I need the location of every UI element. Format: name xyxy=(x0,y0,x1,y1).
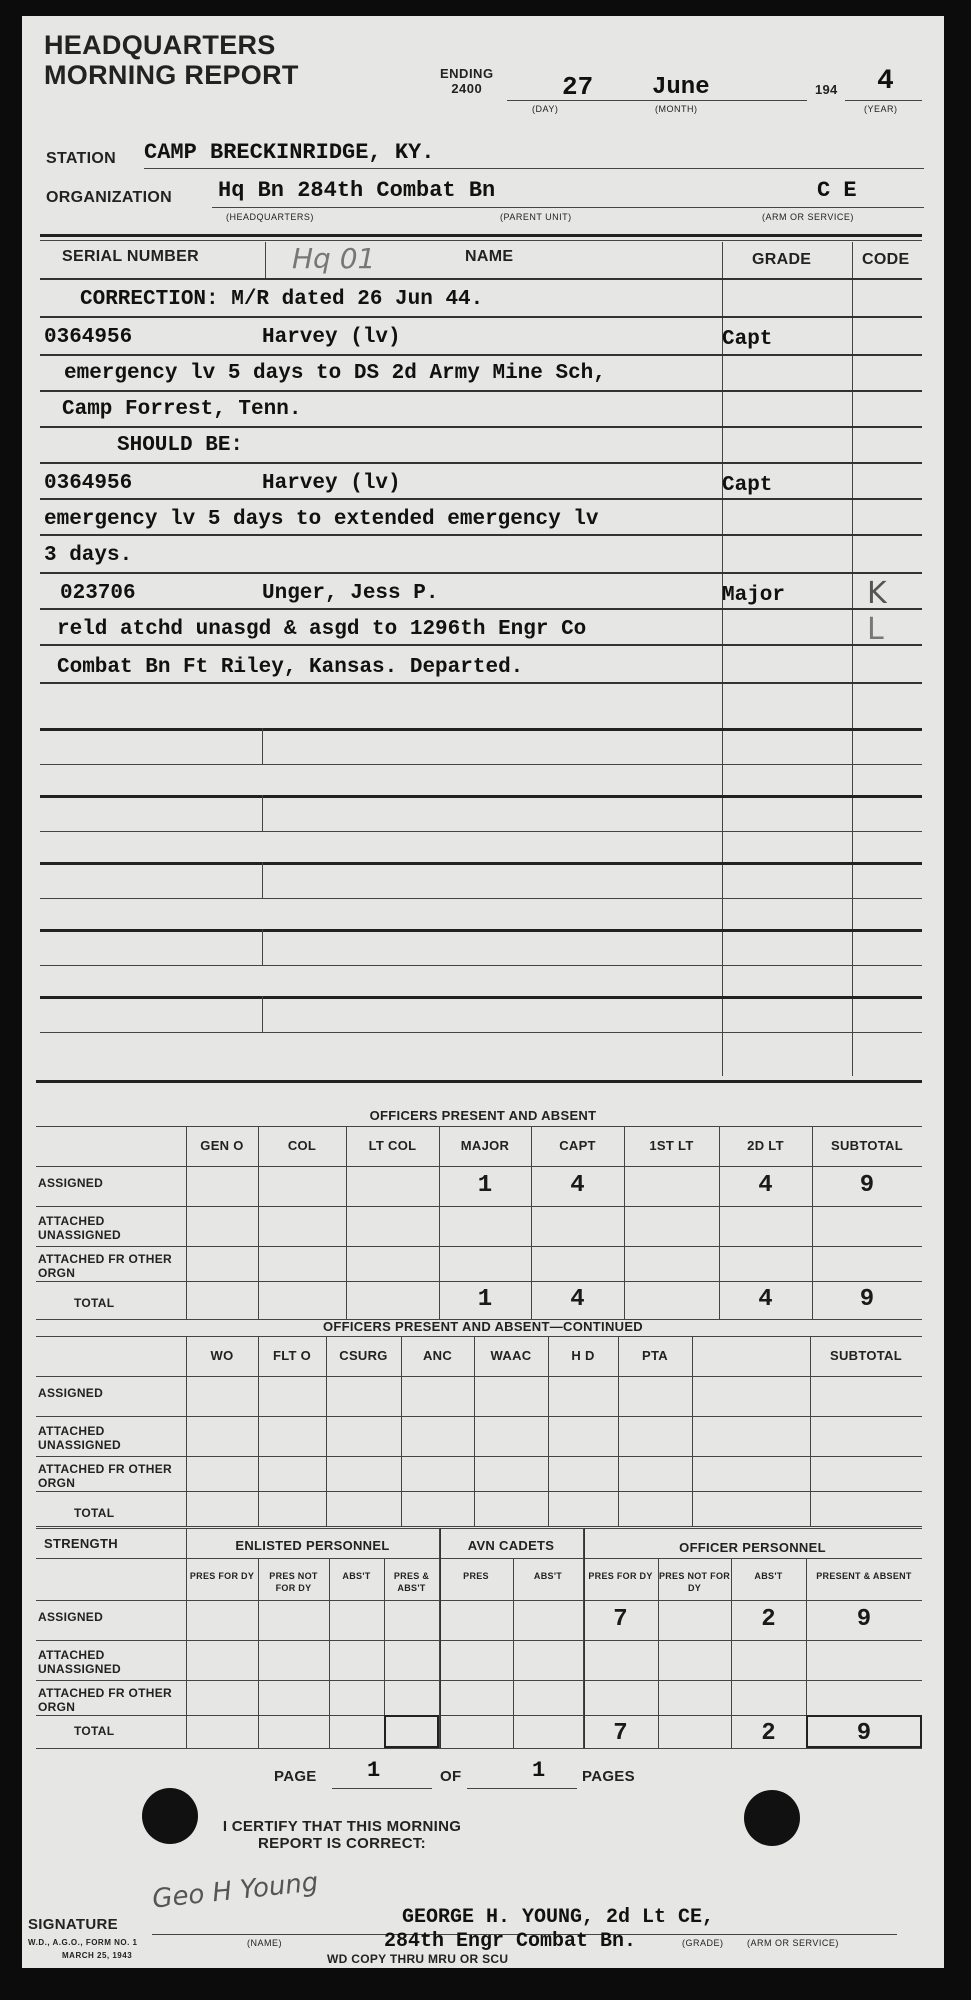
subcolumn-header: PRES xyxy=(439,1570,513,1582)
roster-col-divider xyxy=(262,862,263,898)
table-cell: 2 xyxy=(731,1720,806,1747)
table-rule xyxy=(36,1600,922,1601)
organization-underline xyxy=(212,207,924,208)
page-underline xyxy=(332,1788,432,1789)
roster-top-border-2 xyxy=(40,240,922,241)
arm-caption: (ARM OR SERVICE) xyxy=(762,212,854,222)
roster-line: SHOULD BE: xyxy=(117,434,243,457)
column-header: FLT O xyxy=(258,1348,326,1363)
table-rule xyxy=(36,1528,922,1529)
row-label: ATTACHED UNASSIGNED xyxy=(38,1424,178,1452)
certify-line-1: I CERTIFY THAT THIS MORNING xyxy=(22,1818,662,1835)
officers-top-border xyxy=(36,1080,922,1083)
total-pages: 1 xyxy=(532,1758,545,1783)
subcolumn-header: PRES & ABS'T xyxy=(384,1570,439,1594)
col-divider xyxy=(258,1336,259,1526)
table-rule xyxy=(36,1640,922,1641)
roster-rule xyxy=(40,498,922,500)
serial-header: SERIAL NUMBER xyxy=(62,248,199,266)
officer-grade: Capt xyxy=(722,328,772,351)
roster-top-border xyxy=(40,234,922,237)
column-header: COL xyxy=(258,1138,346,1153)
year-underline xyxy=(845,100,922,101)
grade-col-divider xyxy=(722,242,723,1076)
table-rule xyxy=(36,1416,922,1417)
officer-name: Harvey (lv) xyxy=(262,326,401,349)
organization-value: Hq Bn 284th Combat Bn xyxy=(218,178,495,203)
officers-continued-table: WOFLT OCSURGANCWAACH DPTASUBTOTALASSIGNE… xyxy=(36,1336,922,1526)
col-divider xyxy=(513,1558,514,1748)
organization-label: ORGANIZATION xyxy=(46,189,172,207)
officer-grade: Capt xyxy=(722,474,772,497)
roster-col-divider xyxy=(262,795,263,831)
roster-rule xyxy=(40,644,922,646)
code-header: CODE xyxy=(862,251,909,269)
roster-rule xyxy=(40,426,922,428)
table-rule xyxy=(36,1748,922,1749)
day-caption: (DAY) xyxy=(532,104,558,114)
certification: I CERTIFY THAT THIS MORNING REPORT IS CO… xyxy=(22,1818,662,1852)
col-divider xyxy=(692,1336,693,1526)
officer-group-header: OFFICER PERSONNEL xyxy=(583,1540,922,1555)
page-label: PAGE xyxy=(274,1768,317,1785)
serial-number: 023706 xyxy=(60,582,136,605)
strength-table: STRENGTHENLISTED PERSONNELAVN CADETSOFFI… xyxy=(36,1528,922,1748)
table-cell: 9 xyxy=(812,1172,922,1199)
roster-rule xyxy=(40,898,922,899)
parent-caption: (PARENT UNIT) xyxy=(500,212,572,222)
serial-number: 0364956 xyxy=(44,326,132,349)
subcolumn-header: PRES FOR DY xyxy=(583,1570,658,1582)
row-label: ATTACHED FR OTHER ORGN xyxy=(38,1252,178,1280)
column-header: WO xyxy=(186,1348,258,1363)
column-header: SUBTOTAL xyxy=(812,1138,922,1153)
handwritten-note: Hq 01 xyxy=(292,242,375,275)
arm-value: C E xyxy=(817,178,857,203)
name-caption: (NAME) xyxy=(247,1938,282,1948)
month-value: June xyxy=(652,74,710,101)
month-caption: (MONTH) xyxy=(655,104,698,114)
ending-text: ENDING xyxy=(440,66,494,81)
morning-report-form: HEADQUARTERS MORNING REPORT ENDING 2400 … xyxy=(22,16,944,1968)
roster-rule xyxy=(40,728,922,731)
table-cell: 2 xyxy=(731,1606,806,1633)
year-value: 4 xyxy=(877,66,894,97)
table-cell: 7 xyxy=(583,1720,658,1747)
column-header: CSURG xyxy=(326,1348,401,1363)
subcolumn-header: PRESENT & ABSENT xyxy=(806,1570,922,1582)
title-line-2: MORNING REPORT xyxy=(44,60,299,90)
row-label: TOTAL xyxy=(38,1290,214,1310)
enlisted-group-header: ENLISTED PERSONNEL xyxy=(186,1538,439,1553)
roster-line: Combat Bn Ft Riley, Kansas. Departed. xyxy=(57,656,523,679)
grade-caption: (GRADE) xyxy=(682,1938,724,1948)
column-header: MAJOR xyxy=(439,1138,531,1153)
column-header: 1ST LT xyxy=(624,1138,719,1153)
certify-line-2: REPORT IS CORRECT: xyxy=(22,1835,662,1852)
grade-header: GRADE xyxy=(752,251,811,269)
subcolumn-header: ABS'T xyxy=(513,1570,583,1582)
year-caption: (YEAR) xyxy=(864,104,898,114)
table-rule xyxy=(36,1166,922,1167)
subcolumn-header: ABS'T xyxy=(329,1570,384,1582)
row-label: TOTAL xyxy=(38,1724,214,1738)
table-cell: 4 xyxy=(531,1172,624,1199)
strength-label: STRENGTH xyxy=(44,1536,118,1551)
table-rule xyxy=(36,1456,922,1457)
roster-rule xyxy=(40,965,922,966)
arm-caption-footer: (ARM OR SERVICE) xyxy=(747,1938,839,1948)
form-date: MARCH 25, 1943 xyxy=(62,1951,132,1960)
column-header: CAPT xyxy=(531,1138,624,1153)
column-header: ANC xyxy=(401,1348,474,1363)
roster-col-divider xyxy=(262,728,263,764)
col-divider xyxy=(548,1336,549,1526)
officers-table: GEN OCOLLT COLMAJORCAPT1ST LT2D LTSUBTOT… xyxy=(36,1126,922,1319)
col-divider xyxy=(624,1126,625,1319)
table-rule xyxy=(36,1126,922,1127)
year-prefix: 194 xyxy=(815,82,838,97)
row-label: ASSIGNED xyxy=(38,1386,178,1400)
roster-rule xyxy=(40,929,922,932)
roster-rule xyxy=(40,572,922,574)
table-rule xyxy=(36,1491,922,1492)
row-label: ATTACHED FR OTHER ORGN xyxy=(38,1462,178,1490)
column-header: GEN O xyxy=(186,1138,258,1153)
form-number: W.D., A.G.O., FORM NO. 1 xyxy=(28,1938,137,1947)
col-divider xyxy=(326,1336,327,1526)
col-divider xyxy=(186,1528,187,1748)
roster-line: emergency lv 5 days to DS 2d Army Mine S… xyxy=(64,362,606,385)
table-rule xyxy=(36,1246,922,1247)
roster-rule xyxy=(40,682,922,684)
total-box-enlisted xyxy=(384,1715,439,1748)
row-label: ATTACHED UNASSIGNED xyxy=(38,1648,178,1676)
subcolumn-header: PRES FOR DY xyxy=(186,1570,258,1582)
column-header: 2D LT xyxy=(719,1138,812,1153)
column-header: SUBTOTAL xyxy=(810,1348,922,1363)
roster-rule xyxy=(40,795,922,798)
officer-name: Unger, Jess P. xyxy=(262,582,438,605)
table-cell: 4 xyxy=(719,1172,812,1199)
roster-rule xyxy=(40,316,922,318)
signer-name: GEORGE H. YOUNG, 2d Lt CE, xyxy=(402,1906,714,1929)
roster-rule xyxy=(40,390,922,392)
officer-grade: Major xyxy=(722,584,785,607)
signer-unit: 284th Engr Combat Bn. xyxy=(384,1930,636,1953)
page-number: 1 xyxy=(367,1758,380,1783)
col-divider xyxy=(439,1528,440,1748)
table-rule xyxy=(36,1558,922,1559)
table-cell: 7 xyxy=(583,1606,658,1633)
punch-hole-right xyxy=(744,1790,800,1846)
cadets-group-header: AVN CADETS xyxy=(439,1538,583,1553)
col-divider xyxy=(810,1336,811,1526)
officer-name: Harvey (lv) xyxy=(262,472,401,495)
table-rule xyxy=(36,1336,922,1337)
total-pages-underline xyxy=(467,1788,577,1789)
table-cell: 9 xyxy=(806,1606,922,1633)
roster-rule xyxy=(40,278,922,280)
col-divider xyxy=(346,1126,347,1319)
table-cell: 4 xyxy=(719,1286,812,1313)
column-header: LT COL xyxy=(346,1138,439,1153)
roster-line: CORRECTION: M/R dated 26 Jun 44. xyxy=(80,288,483,311)
ending-time: 2400 xyxy=(440,81,494,96)
station-underline xyxy=(144,168,924,169)
roster-rule xyxy=(40,354,922,356)
code-mark: L xyxy=(867,612,884,647)
roster-line: reld atchd unasgd & asgd to 1296th Engr … xyxy=(57,618,586,641)
row-label: ATTACHED UNASSIGNED xyxy=(38,1214,178,1242)
total-box-officer xyxy=(806,1715,922,1748)
subcolumn-header: PRES NOT FOR DY xyxy=(658,1570,731,1594)
table-rule xyxy=(36,1206,922,1207)
table-cell: 1 xyxy=(439,1172,531,1199)
hq-caption: (HEADQUARTERS) xyxy=(226,212,314,222)
roster-rule xyxy=(40,608,922,610)
name-header: NAME xyxy=(465,248,513,266)
roster-rule xyxy=(40,462,922,464)
table-rule xyxy=(36,1680,922,1681)
roster-rule xyxy=(40,1032,922,1033)
roster-col-divider xyxy=(262,929,263,965)
col-divider xyxy=(583,1528,584,1748)
table-cell: 1 xyxy=(439,1286,531,1313)
table-rule xyxy=(36,1526,922,1527)
officers-table-title: OFFICERS PRESENT AND ABSENT xyxy=(22,1108,944,1123)
table-cell: 4 xyxy=(531,1286,624,1313)
row-label: ATTACHED FR OTHER ORGN xyxy=(38,1686,178,1714)
row-label: ASSIGNED xyxy=(38,1176,178,1190)
station-value: CAMP BRECKINRIDGE, KY. xyxy=(144,140,434,165)
table-rule xyxy=(36,1715,922,1716)
code-col-divider xyxy=(852,242,853,1076)
wd-copy-note: WD COPY THRU MRU OR SCU xyxy=(327,1952,508,1966)
col-divider xyxy=(618,1336,619,1526)
serial-number: 0364956 xyxy=(44,472,132,495)
subcolumn-header: ABS'T xyxy=(731,1570,806,1582)
of-label: OF xyxy=(440,1768,461,1785)
roster-line: 3 days. xyxy=(44,544,132,567)
table-cell: 9 xyxy=(812,1286,922,1313)
roster-rule xyxy=(40,996,922,999)
roster-line: Camp Forrest, Tenn. xyxy=(62,398,301,421)
day-value: 27 xyxy=(562,72,593,102)
roster-rule xyxy=(40,764,922,765)
roster-col-divider xyxy=(262,996,263,1032)
ending-label: ENDING 2400 xyxy=(440,66,494,96)
table-rule xyxy=(36,1281,922,1282)
col-divider xyxy=(474,1336,475,1526)
code-mark: K xyxy=(867,576,887,611)
subcolumn-header: PRES NOT FOR DY xyxy=(258,1570,329,1594)
roster-rule xyxy=(40,534,922,536)
column-header: PTA xyxy=(618,1348,692,1363)
row-label: TOTAL xyxy=(38,1500,214,1520)
table-rule xyxy=(36,1376,922,1377)
handwritten-signature: Geo H Young xyxy=(151,1867,320,1914)
col-divider xyxy=(329,1558,330,1748)
officers-continued-title: OFFICERS PRESENT AND ABSENT—CONTINUED xyxy=(22,1319,944,1334)
roster-line: emergency lv 5 days to extended emergenc… xyxy=(44,508,599,531)
column-header: WAAC xyxy=(474,1348,548,1363)
col-divider xyxy=(258,1126,259,1319)
column-header: H D xyxy=(548,1348,618,1363)
station-label: STATION xyxy=(46,150,116,168)
col-divider xyxy=(265,242,266,278)
col-divider xyxy=(186,1336,187,1526)
title-line-1: HEADQUARTERS xyxy=(44,30,299,60)
roster-rule xyxy=(40,831,922,832)
signature-label: SIGNATURE xyxy=(28,1916,118,1933)
form-title: HEADQUARTERS MORNING REPORT xyxy=(44,30,299,90)
row-label: ASSIGNED xyxy=(38,1610,178,1624)
pages-label: PAGES xyxy=(582,1768,635,1785)
roster-rule xyxy=(40,862,922,865)
col-divider xyxy=(401,1336,402,1526)
